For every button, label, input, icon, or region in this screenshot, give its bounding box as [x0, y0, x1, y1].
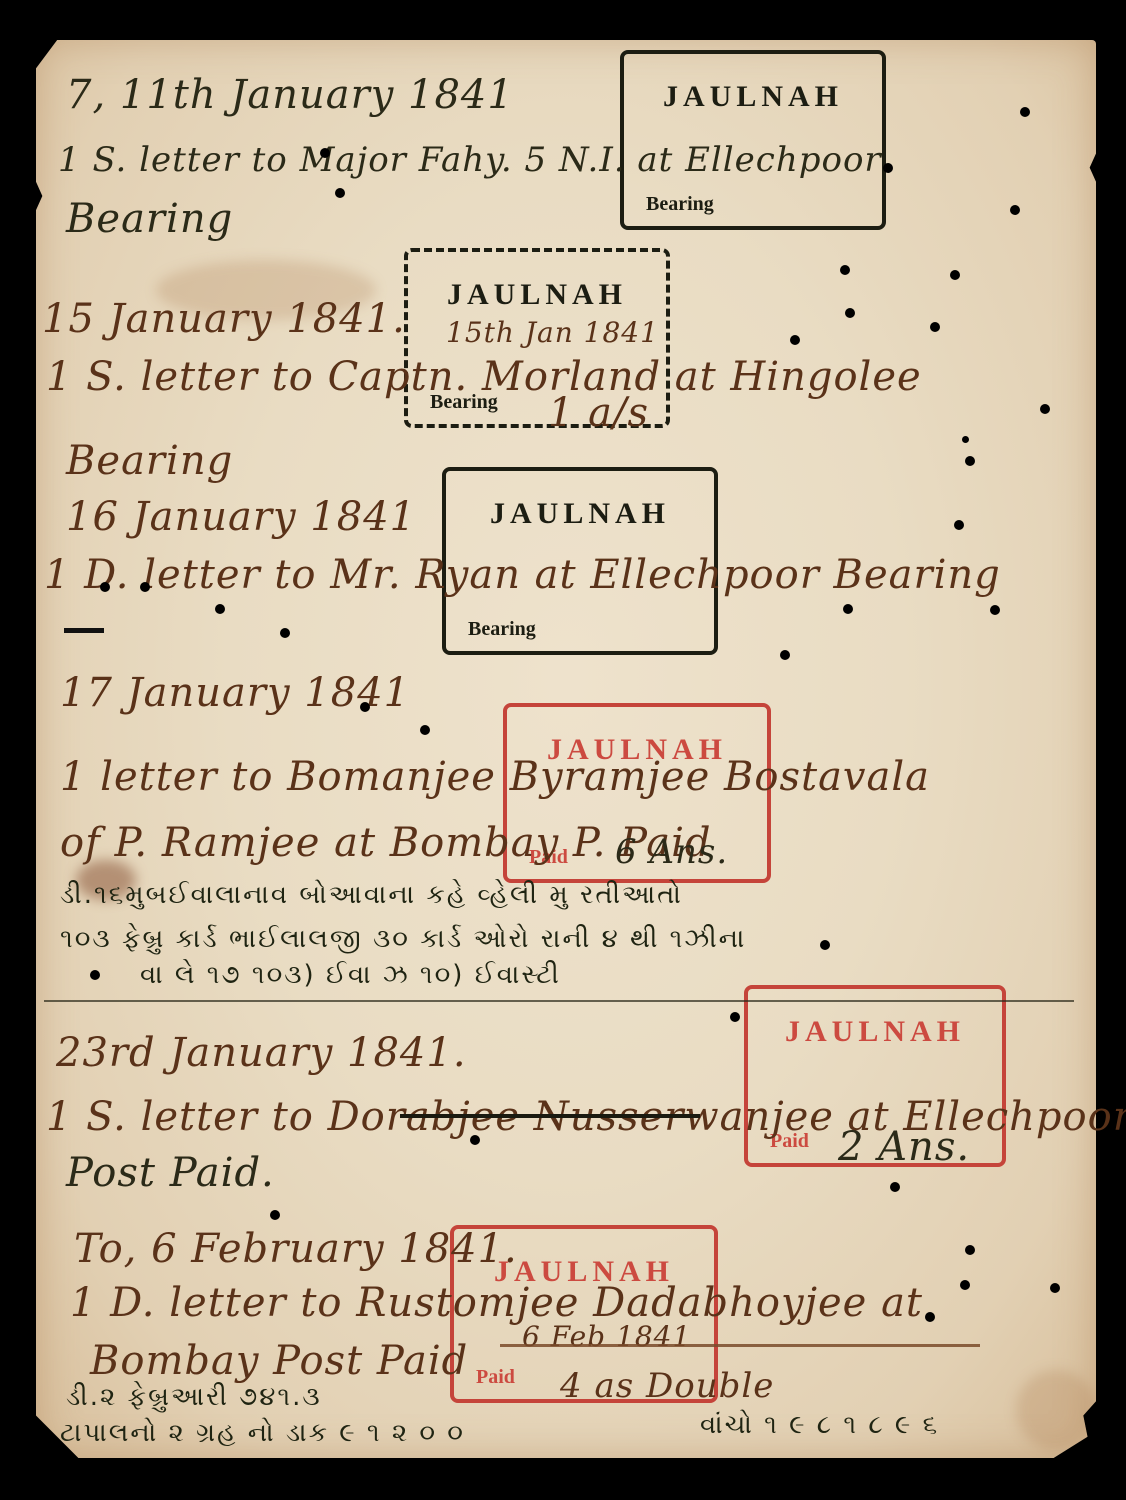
hole [890, 1182, 900, 1192]
entry-5-date: 23rd January 1841. [56, 1030, 467, 1076]
strikethrough [400, 1114, 700, 1118]
hole [962, 436, 969, 443]
entry-4-line-2: of P. Ramjee at Bombay P. Paid [60, 820, 712, 866]
entry-1-line: 1 S. letter to Major Fahy. 5 N.I. at Ell… [58, 140, 882, 180]
hole [470, 1135, 480, 1145]
entry-6-date: To, 6 February 1841. [74, 1226, 518, 1272]
hole [990, 605, 1000, 615]
entry-6-vernacular-2: ટાપાલનો ૨ ગ્રહ નો ડાક ૯ ૧ ૨ ૦ ૦ [60, 1418, 465, 1449]
entry-4-date: 17 January 1841 [60, 670, 410, 716]
entry-3-date: 16 January 1841 [66, 494, 416, 540]
entry-2-line: 1 S. letter to Captn. Morland at Hingole… [46, 354, 922, 400]
hole [820, 940, 830, 950]
entry-1-date: 7, 11th January 1841 [66, 72, 514, 118]
entry-4-line-1: 1 letter to Bomanjee Byramjee Bostavala [60, 754, 930, 800]
entry-2-date: 15 January 1841. [42, 296, 406, 342]
entry-6-line-1: 1 D. letter to Rustomjee Dadabhoyjee at [70, 1280, 923, 1326]
entry-2-mode: Bearing [66, 438, 233, 484]
entry-2-charge: 1 a/s [548, 390, 649, 436]
entry-6-annotation: 6 Feb 1841 [522, 1320, 691, 1353]
entry-6-line-2: Bombay Post Paid [90, 1338, 468, 1384]
hole [965, 1245, 975, 1255]
hole [960, 1280, 970, 1290]
entry-2-annotation: 15th Jan 1841 [446, 316, 659, 349]
entry-6-charge: 4 as Double [560, 1366, 774, 1406]
hole [360, 702, 370, 712]
entry-4-charge: 6 Ans. [615, 832, 728, 872]
hole [954, 520, 964, 530]
hole [1040, 404, 1050, 414]
hole [140, 582, 150, 592]
entry-3-line: 1 D. letter to Mr. Ryan at Ellechpoor Be… [44, 552, 1001, 598]
hole [840, 265, 850, 275]
hole [335, 188, 345, 198]
hole [925, 1312, 935, 1322]
hole [90, 970, 100, 980]
entry-6-vernacular-1: ડી.૨ ફેબ્રુઆરી ૭૪૧.૩ [66, 1382, 322, 1413]
stain [1016, 1370, 1096, 1450]
entry-1-mode: Bearing [66, 196, 233, 242]
hole [100, 582, 110, 592]
hole [1010, 205, 1020, 215]
hole [1020, 107, 1030, 117]
hole [950, 270, 960, 280]
hole [965, 456, 975, 466]
section-divider [44, 1000, 1074, 1002]
hole [215, 604, 225, 614]
entry-4-vernacular-3: વા લે ૧૭ ૧૦૩) ઈવા ઝ ૧૦) ઈવાસ્ટી [140, 960, 561, 991]
hole [790, 335, 800, 345]
underline [500, 1344, 980, 1347]
hole [780, 650, 790, 660]
hole [320, 148, 330, 158]
hole [280, 628, 290, 638]
hole [883, 163, 893, 173]
hole [420, 725, 430, 735]
hole [270, 1210, 280, 1220]
hole [845, 308, 855, 318]
hole [1050, 1283, 1060, 1293]
hole [730, 1012, 740, 1022]
entry-4-vernacular-2: ૧૦૩ ફેબ્રુ કાર્ડ ભાઈલાલજી ૩૦ કાર્ડ ઓરો ર… [60, 924, 746, 955]
entry-5-charge: 2 Ans. [838, 1124, 970, 1170]
entry-6-vernacular-3: વાંચો ૧ ૯ ૮ ૧ ૮ ૯ ૬ [700, 1410, 939, 1441]
hole [843, 604, 853, 614]
dash-mark [64, 628, 104, 633]
entry-5-mode: Post Paid. [66, 1150, 275, 1196]
entry-4-vernacular-1: ડી.૧૬મુબઈવાલાનાવ બોઆવાના કહે વ્હેલી મુ ર… [60, 880, 683, 911]
hole [930, 322, 940, 332]
